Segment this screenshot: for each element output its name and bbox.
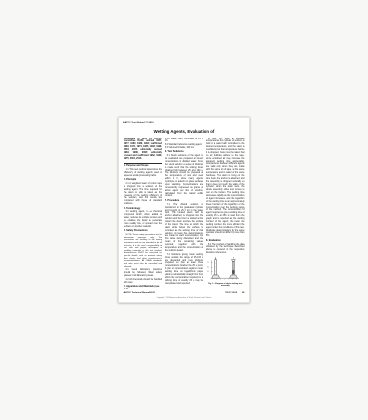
- section-2-heading: 2. Principle: [124, 179, 162, 182]
- hatch: [216, 278, 217, 279]
- figure-tick-label-75: 75: [207, 262, 209, 264]
- section-5-heading: 5. Apparatus and Materials (see 9.1): [124, 286, 162, 288]
- section-7-paragraph-1: 7.1 The diluted solution is transferred …: [165, 204, 203, 253]
- section-8-heading: 8. Evaluation: [206, 240, 244, 243]
- hatch: [224, 278, 225, 279]
- hatch: [236, 278, 237, 279]
- copyright-line: Copyright © 2010 American Association of…: [119, 297, 249, 299]
- history-paragraph: Developed in 1952 by AATCC Committee RA6…: [124, 138, 162, 162]
- document-page: AATCC Test Method 17-2010 Wetting Agents…: [118, 117, 250, 303]
- footer-manual-label: AATCC Technical Manual/2011: [124, 292, 156, 294]
- section-4-paragraph-1: 4.1 Good laboratory practices should be …: [124, 269, 162, 278]
- screenshot-canvas: AATCC Test Method 17-2010 Wetting Agents…: [0, 0, 368, 420]
- section-2-paragraph: 2.1 A weighted skein of cotton tape is d…: [124, 183, 162, 206]
- safety-note: NOTE: These safety precautions are for i…: [124, 234, 162, 268]
- apparatus-item: 5.3 Volumetric flasks, 100 mL.: [165, 147, 203, 150]
- column-left: Developed in 1952 by AATCC Committee RA6…: [124, 138, 162, 289]
- hatch: [228, 278, 229, 279]
- section-7-paragraph-2: 7.2 Solutions giving mean wetting times …: [165, 254, 203, 286]
- skein-blob: [232, 270, 235, 274]
- apparatus-item: 5.1.8 Water bath, controlled to 25 ± 1C.: [165, 138, 203, 144]
- cylinder-left: [215, 259, 217, 274]
- section-6-paragraph: 6.1 Stock solutions of the agent to be e…: [165, 155, 203, 198]
- footer-page-number: 45: [242, 292, 244, 294]
- section-4-paragraph-2: 4.2 All chemicals should be handled with…: [124, 279, 162, 285]
- figure-tick-label-50: 50: [207, 266, 209, 268]
- text-columns: Developed in 1952 by AATCC Committee RA6…: [124, 138, 245, 289]
- hatch: [212, 278, 213, 279]
- column-middle: 5.1.8 Water bath, controlled to 25 ± 1C.…: [165, 138, 203, 289]
- column-right: to sink. For tests at elevated temperatu…: [206, 138, 244, 289]
- stand-base-right: [230, 275, 238, 278]
- running-header: AATCC Test Method 17-2010: [123, 122, 154, 124]
- section-6-heading: 6. Test Solutions: [165, 151, 203, 154]
- funnel-top: [232, 259, 236, 261]
- section-1-paragraph: 1.1 This test method determines the effi…: [124, 169, 162, 178]
- figure-caption: Fig. 1—Diagram of skein sinking test ass…: [206, 283, 244, 288]
- section-3-paragraph: 3.1 wetting agent, n.—a chemical compoun…: [124, 211, 162, 228]
- footer-method-code: TM 17-2010: [225, 292, 237, 294]
- continuation-paragraph: to sink. For tests at elevated temperatu…: [206, 138, 244, 239]
- figure-tick-label-25: 25: [207, 271, 209, 273]
- page-footer: AATCC Technical Manual/2011 TM 17-2010 4…: [124, 292, 245, 294]
- section-1-heading: 1. Purpose and Scope: [124, 165, 162, 168]
- figure-1: A 75 50 25: [206, 257, 244, 288]
- apparatus-diagram: A 75 50 25: [206, 257, 244, 282]
- hatch: [232, 278, 233, 279]
- hatch: [220, 278, 221, 279]
- stand-base-left: [212, 275, 220, 278]
- figure-caption-line2: assembly: [206, 285, 244, 287]
- section-7-heading: 7. Procedure: [165, 200, 203, 203]
- footer-right-group: TM 17-2010 45: [225, 292, 244, 294]
- page-title: Wetting Agents, Evaluation of: [119, 129, 249, 134]
- section-4-heading: 4. Safety Precautions: [124, 230, 162, 233]
- section-8-paragraph: 8.1 The method of handling the data obta…: [206, 244, 244, 256]
